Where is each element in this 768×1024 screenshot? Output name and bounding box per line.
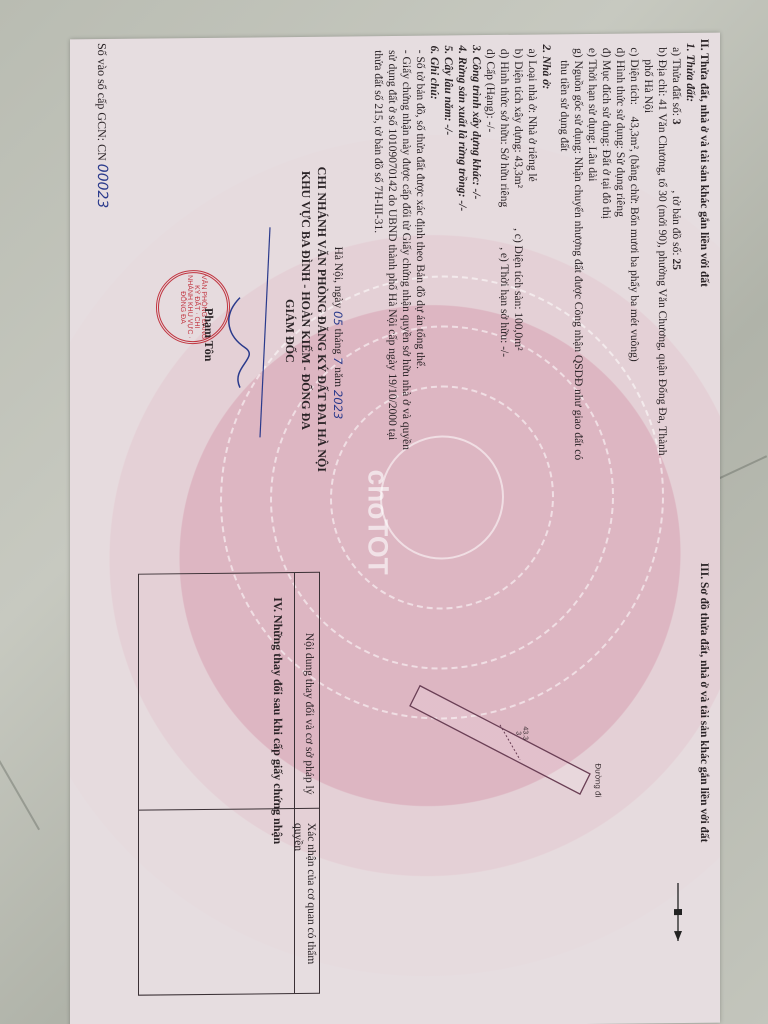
planted-forest: 4. Rừng sản xuất là rừng trồng: -/- xyxy=(455,45,468,211)
chotot-watermark: choTOT xyxy=(361,469,393,575)
changes-col-confirm: Xác nhận của cơ quan có thẩm quyền xyxy=(297,823,317,983)
office-line-1: CHI NHÁNH VĂN PHÒNG ĐĂNG KÝ ĐẤT ĐAI HÀ N… xyxy=(315,167,328,472)
section-2-heading: II. Thửa đất, nhà ở và tài sản khác gắn … xyxy=(697,39,710,287)
note-line-2: - Giấy chứng nhận này được cấp đổi từ Gi… xyxy=(399,50,412,450)
land-term: e) Thời hạn sử dụng: Lâu dài xyxy=(585,48,598,182)
signer-name: Phạm Tôn xyxy=(202,308,215,362)
perennial-trees: 5. Cây lâu năm: -/- xyxy=(441,45,454,135)
changes-table: Nội dung thay đổi và cơ sở pháp lý Xác n… xyxy=(138,572,320,996)
land-address: b) Địa chỉ: 41 Văn Chương, tổ 30 (mới 90… xyxy=(655,47,668,456)
house-ownership: d) Hình thức sở hữu: Sở hữu riêng, e) Th… xyxy=(497,49,510,357)
note-line-1: - Số tờ bản đồ, số thửa đất được xác địn… xyxy=(413,50,426,369)
changes-col-content: Nội dung thay đổi và cơ sở pháp lý xyxy=(302,633,315,795)
land-certificate-page: II. Thửa đất, nhà ở và tài sản khác gắn … xyxy=(70,33,720,1024)
parcel-diagram xyxy=(400,664,620,816)
road-label: Đường đi xyxy=(594,763,603,797)
land-origin: g) Nguồn gốc sử dụng: Nhận chuyển nhượng… xyxy=(571,48,584,460)
issue-date: Hà Nội, ngày 05 tháng 7 năm 2023 xyxy=(331,247,344,420)
other-construction: 3. Công trình xây dựng khác: -/- xyxy=(469,45,482,199)
land-usage-form: d) Hình thức sử dụng: Sử dụng riêng xyxy=(613,48,626,217)
house-type: a) Loại nhà ở: Nhà ở riêng lẻ xyxy=(525,49,538,182)
parcel-area: 43.3 xyxy=(522,726,529,740)
land-parcel-row: a) Thửa đất số: 3 , tờ bản đồ số: 25 xyxy=(669,47,682,270)
signer-title: GIÁM ĐỐC xyxy=(283,299,296,363)
section-3-heading: III. Sơ đồ thửa đất, nhà ở và tài sản kh… xyxy=(697,563,710,843)
land-purpose: đ) Mục đích sử dụng: Đất ở tại đô thị xyxy=(599,48,612,219)
notes-heading: 6. Ghi chú: xyxy=(427,46,440,100)
land-heading: 1. Thửa đất: xyxy=(683,43,696,102)
land-address-cont: phố Hà Nội xyxy=(641,59,654,113)
note-line-3: sử dụng đất ở số 10109070142 do UBND thà… xyxy=(385,50,398,440)
note-line-4: thửa đất số 215, tờ bản đồ số 7H-III-31. xyxy=(371,50,384,233)
land-origin-cont: thu tiền sử dụng đất xyxy=(557,60,570,151)
house-build-area: b) Diện tích xây dựng: 43,3m², c) Diện t… xyxy=(511,49,524,351)
house-heading: 2. Nhà ở: xyxy=(539,44,552,89)
house-grade: d) Cấp (Hạng): -/- xyxy=(483,49,496,132)
land-area: c) Diện tích: 43,3m², (bằng chữ: Bốn mươ… xyxy=(627,47,640,361)
registry-number: Số vào sổ cấp GCN: CN 00023 xyxy=(95,43,108,208)
north-arrow-icon xyxy=(668,883,688,943)
office-line-2: KHU VỰC BA ĐÌNH - HOÀN KIẾM - ĐỐNG ĐA xyxy=(299,171,312,430)
